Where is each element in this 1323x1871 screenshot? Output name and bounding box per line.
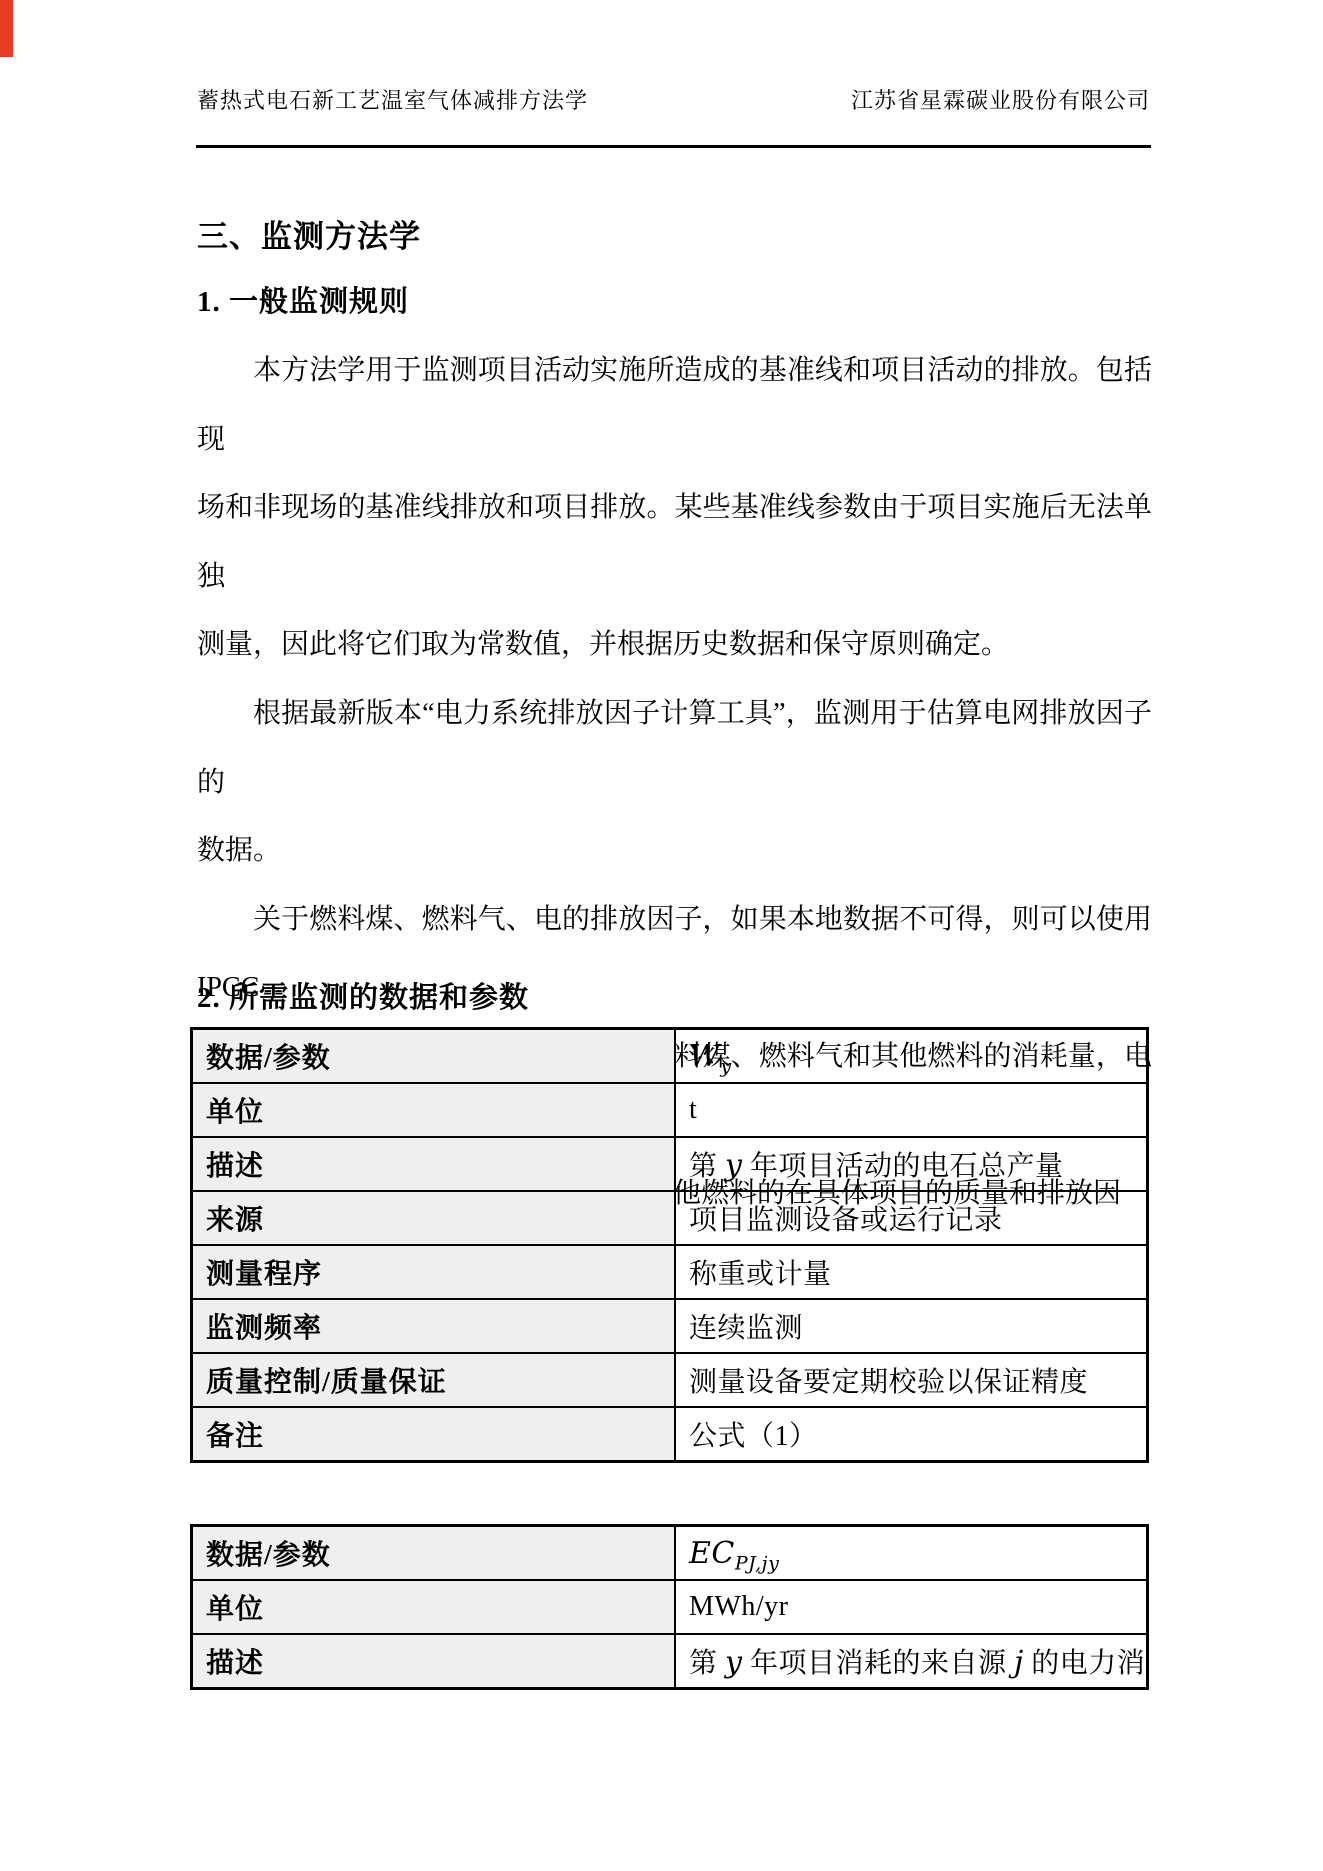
param-value-text: 年项目消耗的来自源 xyxy=(742,1648,1014,1679)
header-company-name: 江苏省星霖碳业股份有限公司 xyxy=(851,84,1150,115)
param-value-text: 称重或计量 xyxy=(689,1259,832,1290)
heading-general-monitoring-rules: 1. 一般监测规则 xyxy=(197,279,409,320)
red-bookmark-marker xyxy=(0,0,13,57)
table-row: 数据/参数Wy xyxy=(192,1029,1147,1083)
param-value-cell: 测量设备要定期校验以保证精度 xyxy=(675,1353,1147,1407)
header-rule xyxy=(196,145,1151,148)
param-value-text: MWh/yr xyxy=(689,1591,788,1622)
param-value-cell: 连续监测 xyxy=(675,1299,1147,1353)
param-value-text: y xyxy=(720,1055,731,1077)
param-value-text: W xyxy=(689,1039,720,1074)
param-value-text: 第 xyxy=(689,1648,725,1679)
param-value-cell: MWh/yr xyxy=(675,1580,1147,1634)
param-value-cell: 第 y 年项目活动的电石总产量 xyxy=(675,1137,1147,1191)
table-row: 测量程序称重或计量 xyxy=(192,1245,1147,1299)
paragraph-line: 测量，因此将它们取为常数值，并根据历史数据和保守原则确定。 xyxy=(197,611,1152,680)
param-label-cell: 数据/参数 xyxy=(192,1029,675,1083)
param-label-cell: 描述 xyxy=(192,1634,675,1688)
table-row: 单位MWh/yr xyxy=(192,1580,1147,1634)
param-value-text: 项目监测设备或运行记录 xyxy=(689,1205,1003,1236)
paragraph-line: 本方法学用于监测项目活动实施所造成的基准线和项目活动的排放。包括现 xyxy=(197,337,1152,474)
param-value-text: 测量设备要定期校验以保证精度 xyxy=(689,1367,1088,1398)
param-label-cell: 备注 xyxy=(192,1407,675,1461)
parameter-table-ecpjjy: 数据/参数ECPJ,jy单位MWh/yr描述第 y 年项目消耗的来自源 j 的电… xyxy=(190,1524,1149,1690)
table-row: 监测频率连续监测 xyxy=(192,1299,1147,1353)
header-document-title: 蓄热式电石新工艺温室气体减排方法学 xyxy=(197,84,588,115)
table-row: 数据/参数ECPJ,jy xyxy=(192,1526,1147,1580)
param-value-cell: Wy xyxy=(675,1029,1147,1083)
param-value-cell: t xyxy=(675,1083,1147,1137)
param-value-text: PJ,jy xyxy=(735,1552,779,1574)
param-value-cell: 称重或计量 xyxy=(675,1245,1147,1299)
param-label-cell: 质量控制/质量保证 xyxy=(192,1353,675,1407)
paragraph-line: 场和非现场的基准线排放和项目排放。某些基准线参数由于项目实施后无法单独 xyxy=(197,474,1152,611)
param-value-cell: 公式（1） xyxy=(675,1407,1147,1461)
param-value-cell: 项目监测设备或运行记录 xyxy=(675,1191,1147,1245)
param-value-text: 连续监测 xyxy=(689,1313,803,1344)
document-page: 蓄热式电石新工艺温室气体减排方法学 江苏省星霖碳业股份有限公司 三、监测方法学 … xyxy=(0,0,1323,1871)
param-value-text: y xyxy=(725,1148,742,1183)
heading-monitored-data-parameters: 2. 所需监测的数据和参数 xyxy=(197,975,529,1016)
param-label-cell: 单位 xyxy=(192,1580,675,1634)
param-value-cell: ECPJ,jy xyxy=(675,1526,1147,1580)
param-value-cell: 第 y 年项目消耗的来自源 j 的电力消 xyxy=(675,1634,1147,1688)
section-title: 三、监测方法学 xyxy=(197,211,421,256)
table-row: 描述第 y 年项目活动的电石总产量 xyxy=(192,1137,1147,1191)
param-label-cell: 来源 xyxy=(192,1191,675,1245)
table-row: 描述第 y 年项目消耗的来自源 j 的电力消 xyxy=(192,1634,1147,1688)
table-row: 单位t xyxy=(192,1083,1147,1137)
param-label-cell: 监测频率 xyxy=(192,1299,675,1353)
paragraph-line: 数据。 xyxy=(197,817,1152,886)
param-value-text: 第 xyxy=(689,1151,725,1182)
param-value-text: t xyxy=(689,1094,697,1125)
param-value-text: y xyxy=(725,1645,742,1680)
param-value-text: EC xyxy=(689,1536,735,1571)
param-label-cell: 测量程序 xyxy=(192,1245,675,1299)
parameter-table-wy: 数据/参数Wy单位t描述第 y 年项目活动的电石总产量来源项目监测设备或运行记录… xyxy=(190,1027,1149,1463)
param-label-cell: 数据/参数 xyxy=(192,1526,675,1580)
param-value-text: 年项目活动的电石总产量 xyxy=(742,1151,1063,1182)
paragraph-line: 根据最新版本“电力系统排放因子计算工具”，监测用于估算电网排放因子的 xyxy=(197,680,1152,817)
param-value-text: 公式（1） xyxy=(689,1421,818,1452)
table-row: 质量控制/质量保证测量设备要定期校验以保证精度 xyxy=(192,1353,1147,1407)
param-value-text: j xyxy=(1014,1645,1024,1680)
table-row: 来源项目监测设备或运行记录 xyxy=(192,1191,1147,1245)
param-value-text: 的电力消 xyxy=(1024,1648,1146,1679)
param-label-cell: 描述 xyxy=(192,1137,675,1191)
param-label-cell: 单位 xyxy=(192,1083,675,1137)
table-row: 备注公式（1） xyxy=(192,1407,1147,1461)
